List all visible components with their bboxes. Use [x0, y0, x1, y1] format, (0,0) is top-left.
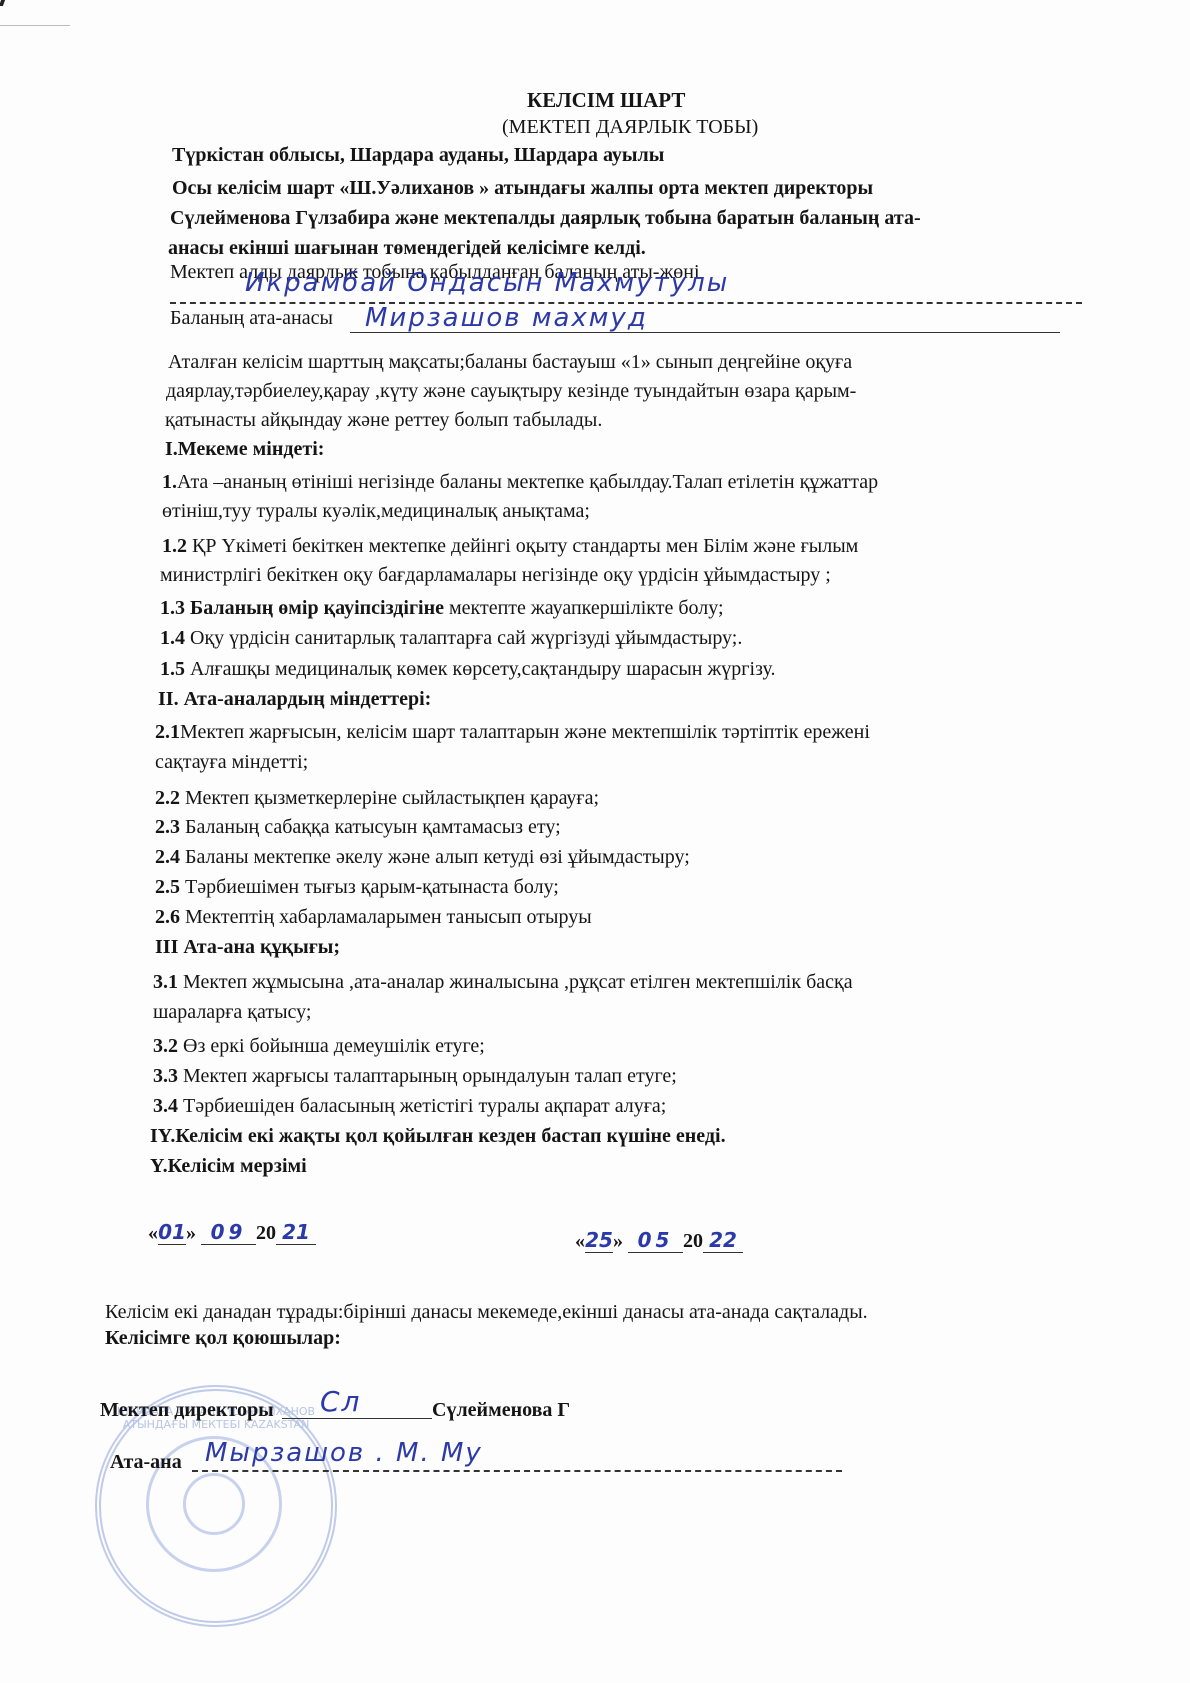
- section-2-item-5: 2.5 Тәрбиешімен тығыз қарым-қатынаста бо…: [155, 875, 559, 899]
- item-text: Мектеп жарғысын, келісім шарт талаптарын…: [180, 721, 870, 743]
- section-1-item-2-cont: министрлігі бекіткен оқу бағдарламалары …: [160, 563, 831, 587]
- scan-corner-mark: [0, 0, 5, 6]
- director-name: Сүлейменова Г: [432, 1398, 570, 1422]
- item-number: 2.4: [155, 846, 180, 868]
- start-month[interactable]: 09: [201, 1220, 256, 1245]
- section-4-heading: IY.Келісім екі жақты қол қойылған кезден…: [150, 1124, 726, 1148]
- item-number: 2.2: [155, 787, 180, 809]
- section-3-item-3: 3.3 Мектеп жарғысы талаптарының орындалу…: [153, 1064, 677, 1088]
- section-3-item-4: 3.4 Тәрбиешіден баласының жетістігі тура…: [153, 1094, 666, 1118]
- section-3-item-1-cont: шараларға қатысу;: [153, 1000, 311, 1024]
- section-1-item-1: 1.Ата –ананың өтініші негізінде баланы м…: [162, 470, 878, 494]
- purpose-line-2: даярлау,тәрбиелеу,қарау ,күту және сауық…: [166, 379, 856, 403]
- start-year-suffix[interactable]: 21: [276, 1220, 316, 1245]
- section-1-item-1-cont: өтініш,туу туралы куәлік,медициналық аны…: [162, 499, 590, 523]
- item-number: 2.3: [155, 816, 180, 838]
- item-text: Баланың сабаққа катысуын қамтамасыз ету;: [180, 816, 561, 838]
- document-title: КЕЛСІМ ШАРТ: [527, 88, 685, 112]
- item-number: 3.2: [153, 1035, 178, 1057]
- start-year-prefix: 20: [256, 1222, 276, 1244]
- start-day[interactable]: 01: [158, 1220, 186, 1245]
- intro-line-3: анасы екінші шағынан төмендегідей келісі…: [168, 236, 646, 260]
- item-number: 1.2: [162, 535, 187, 557]
- item-text: мектепте жауапкершілікте болу;: [444, 597, 724, 619]
- section-2-item-2: 2.2 Мектеп қызметкерлеріне сыйластықпен …: [155, 786, 599, 810]
- item-number: 3.4: [153, 1095, 178, 1117]
- parent-name-handwritten[interactable]: Мирзашов махмуд: [365, 303, 648, 333]
- end-date: «25» 052022: [575, 1228, 743, 1253]
- intro-line-2: Сүлейменова Гүлзабира және мектепалды да…: [170, 206, 921, 230]
- item-text: Тәрбиешіден баласының жетістігі туралы а…: [178, 1095, 666, 1117]
- section-3-heading: III Ата-ана құқығы;: [155, 935, 340, 959]
- director-label: Мектеп директоры: [100, 1398, 274, 1422]
- end-year-prefix: 20: [683, 1230, 703, 1252]
- section-3-item-2: 3.2 Өз еркі бойынша демеушілік етуге;: [153, 1034, 485, 1058]
- item-text: Мектеп қызметкерлеріне сыйластықпен қара…: [180, 787, 599, 809]
- item-number: 2.1: [155, 721, 180, 743]
- section-1-item-2: 1.2 ҚР Үкіметі бекіткен мектепке дейінгі…: [162, 534, 858, 558]
- item-text: Тәрбиешімен тығыз қарым-қатынаста болу;: [180, 876, 559, 898]
- location-line: Түркістан облысы, Шардара ауданы, Шардар…: [172, 143, 664, 167]
- item-number: 1.5: [160, 658, 185, 680]
- parent-signature-line: [192, 1470, 842, 1472]
- item-bold-text: Баланың өмір қауіпсіздігіне: [185, 597, 444, 619]
- parent-name-label: Баланың ата-анасы: [170, 306, 333, 330]
- item-text: Мектеп жарғысы талаптарының орындалуын т…: [178, 1065, 677, 1087]
- purpose-line-1: Аталған келісім шарттың мақсаты;баланы б…: [168, 350, 852, 374]
- child-name-handwritten[interactable]: Икрамбай Ондасын Махмутулы: [245, 268, 729, 298]
- section-3-item-1: 3.1 Мектеп жұмысына ,ата-аналар жиналысы…: [153, 970, 853, 994]
- item-number: 1.: [162, 471, 177, 493]
- item-number: 3.3: [153, 1065, 178, 1087]
- section-1-item-3: 1.3 Баланың өмір қауіпсіздігіне мектепте…: [160, 596, 724, 620]
- end-month[interactable]: 05: [628, 1228, 683, 1253]
- scan-edge-line: [0, 25, 70, 26]
- item-text: ҚР Үкіметі бекіткен мектепке дейінгі оқы…: [187, 535, 858, 557]
- section-1-item-4: 1.4 Оқу үрдісін санитарлық талаптарға са…: [160, 626, 742, 650]
- section-2-item-3: 2.3 Баланың сабаққа катысуын қамтамасыз …: [155, 815, 561, 839]
- purpose-line-3: қатынасты айқындау және реттеу болып таб…: [165, 408, 602, 432]
- item-number: 1.4: [160, 627, 185, 649]
- end-day[interactable]: 25: [585, 1228, 613, 1253]
- section-1-heading: I.Мекеме міндеті:: [165, 437, 324, 461]
- parent-signature[interactable]: Мырзашов . М. Му: [205, 1438, 483, 1468]
- end-year-suffix[interactable]: 22: [703, 1228, 743, 1253]
- item-text: Мектептің хабарламаларымен танысып отыру…: [180, 906, 592, 928]
- section-5-heading: Y.Келісім мерзімі: [150, 1154, 307, 1178]
- item-number: 3.1: [153, 971, 178, 993]
- section-2-heading: II. Ата-аналардың міндеттері:: [158, 687, 431, 711]
- item-number: 1.3: [160, 597, 185, 619]
- item-text: Алғашқы медициналық көмек көрсету,сақтан…: [185, 658, 776, 680]
- director-signature[interactable]: Сл: [320, 1385, 361, 1418]
- item-text: Мектеп жұмысына ,ата-аналар жиналысына ,…: [178, 971, 853, 993]
- item-number: 2.5: [155, 876, 180, 898]
- section-2-item-1: 2.1Мектеп жарғысын, келісім шарт талапта…: [155, 720, 870, 744]
- item-number: 2.6: [155, 906, 180, 928]
- copies-note: Келісім екі данадан тұрады:бірінші данас…: [105, 1300, 868, 1324]
- section-2-item-4: 2.4 Баланы мектепке әкелу және алып кету…: [155, 845, 690, 869]
- director-signature-line: [282, 1418, 432, 1419]
- item-text: Өз еркі бойынша демеушілік етуге;: [178, 1035, 485, 1057]
- section-1-item-5: 1.5 Алғашқы медициналық көмек көрсету,са…: [160, 657, 776, 681]
- start-date: «01» 092021: [148, 1220, 316, 1245]
- stamp-emblem: [183, 1473, 245, 1535]
- signers-heading: Келісімге қол қоюшылар:: [105, 1326, 341, 1350]
- item-text: Ата –ананың өтініші негізінде баланы мек…: [177, 471, 878, 493]
- item-text: Баланы мектепке әкелу және алып кетуді ө…: [180, 846, 690, 868]
- section-2-item-6: 2.6 Мектептің хабарламаларымен танысып о…: [155, 905, 592, 929]
- intro-line-1: Осы келісім шарт «Ш.Уәлиханов » атындағы…: [172, 176, 873, 200]
- parent-signature-label: Ата-ана: [110, 1450, 182, 1474]
- document-subtitle: (МЕКТЕП ДАЯРЛЫК ТОБЫ): [502, 115, 758, 139]
- item-text: Оқу үрдісін санитарлық талаптарға сай жү…: [185, 627, 742, 649]
- section-2-item-1-cont: сақтауға міндетті;: [155, 750, 308, 774]
